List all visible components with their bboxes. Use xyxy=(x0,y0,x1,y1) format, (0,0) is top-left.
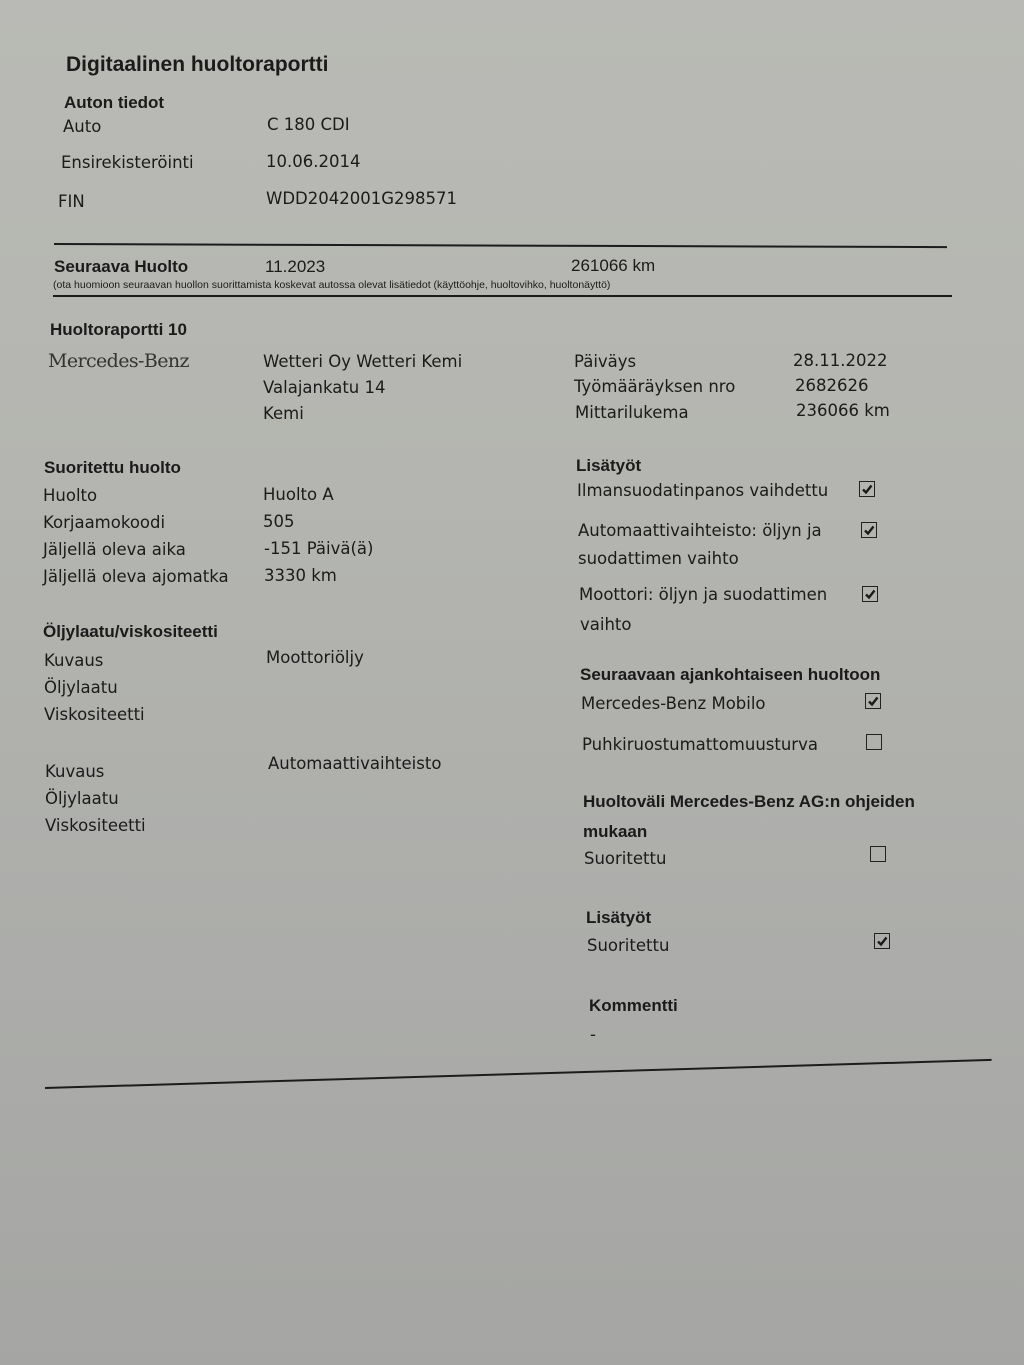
dealer-street: Valajankatu 14 xyxy=(263,378,386,397)
performed-heading: Suoritettu huolto xyxy=(44,458,181,478)
performed-value: Huolto A xyxy=(263,485,334,504)
vehicle-value: 10.06.2014 xyxy=(266,152,360,171)
interval-heading: Huoltoväli Mercedes-Benz AG:n ohjeiden xyxy=(583,792,915,812)
interval-heading-cont: mukaan xyxy=(583,822,647,842)
document-title: Digitaalinen huoltoraportti xyxy=(66,53,329,77)
extra-work-heading: Lisätyöt xyxy=(576,456,641,476)
checkmark-icon xyxy=(867,695,879,707)
extra-work-item: vaihto xyxy=(580,615,631,634)
performed-value: 3330 km xyxy=(264,566,337,585)
dealer-city: Kemi xyxy=(263,404,304,423)
oil-value: Automaattivaihteisto xyxy=(268,754,441,773)
next-current-item: Puhkiruostumattomuusturva xyxy=(582,735,818,754)
oil-label: Öljylaatu xyxy=(44,678,118,697)
checkbox-engine-oil[interactable] xyxy=(862,586,878,602)
performed-label: Korjaamokoodi xyxy=(43,513,165,532)
checkmark-icon xyxy=(863,524,875,536)
meta-label: Työmääräyksen nro xyxy=(574,377,735,396)
checkbox-extra-done[interactable] xyxy=(874,933,890,949)
checkmark-icon xyxy=(861,483,873,495)
divider xyxy=(54,243,947,248)
comment-value: - xyxy=(590,1025,596,1044)
checkbox-interval-done[interactable] xyxy=(870,846,886,862)
oil-label: Kuvaus xyxy=(44,651,103,670)
meta-value: 2682626 xyxy=(795,376,869,395)
vehicle-label: FIN xyxy=(58,192,85,211)
oil-label: Viskositeetti xyxy=(45,816,146,835)
divider xyxy=(45,1059,992,1089)
meta-value: 236066 km xyxy=(796,401,890,420)
vehicle-value: WDD2042001G298571 xyxy=(266,189,457,208)
performed-label: Jäljellä oleva ajomatka xyxy=(43,567,229,586)
checkbox-mobilo[interactable] xyxy=(865,693,881,709)
oil-label: Öljylaatu xyxy=(45,789,119,808)
divider xyxy=(53,295,952,297)
next-current-heading: Seuraavaan ajankohtaiseen huoltoon xyxy=(580,665,880,685)
vehicle-label: Ensirekisteröinti xyxy=(61,153,194,172)
oil-label: Viskositeetti xyxy=(44,705,145,724)
extra-work-item: Ilmansuodatinpanos vaihdettu xyxy=(577,481,828,500)
checkbox-air-filter[interactable] xyxy=(859,481,875,497)
comment-heading: Kommentti xyxy=(589,996,678,1016)
meta-label: Mittarilukema xyxy=(575,403,689,422)
extra-done-label: Suoritettu xyxy=(587,936,669,955)
brand-logo-text: Mercedes-Benz xyxy=(48,350,189,372)
extra-work-item: Moottori: öljyn ja suodattimen xyxy=(579,585,827,604)
vehicle-heading: Auton tiedot xyxy=(64,93,164,113)
meta-label: Päiväys xyxy=(574,352,636,371)
checkbox-transmission-oil[interactable] xyxy=(861,522,877,538)
performed-value: -151 Päivä(ä) xyxy=(264,539,373,558)
extra-work-item: Automaattivaihteisto: öljyn ja xyxy=(578,521,822,540)
next-service-label: Seuraava Huolto xyxy=(54,257,188,277)
vehicle-label: Auto xyxy=(63,117,101,136)
checkbox-rust-warranty[interactable] xyxy=(866,734,882,750)
checkmark-icon xyxy=(876,935,888,947)
performed-value: 505 xyxy=(263,512,295,531)
performed-label: Huolto xyxy=(43,486,97,505)
next-service-mileage: 261066 km xyxy=(571,256,655,276)
oil-label: Kuvaus xyxy=(45,762,104,781)
vehicle-value: C 180 CDI xyxy=(267,115,350,134)
oil-heading: Öljylaatu/viskositeetti xyxy=(43,622,218,642)
next-service-date: 11.2023 xyxy=(265,257,325,277)
meta-value: 28.11.2022 xyxy=(793,351,887,370)
performed-label: Jäljellä oleva aika xyxy=(43,540,186,559)
next-current-item: Mercedes-Benz Mobilo xyxy=(581,694,766,713)
extra-done-heading: Lisätyöt xyxy=(586,908,651,928)
checkmark-icon xyxy=(864,588,876,600)
oil-value: Moottoriöljy xyxy=(266,648,364,667)
dealer-name: Wetteri Oy Wetteri Kemi xyxy=(263,352,462,371)
extra-work-item: suodattimen vaihto xyxy=(578,549,739,568)
next-service-note: (ota huomioon seuraavan huollon suoritta… xyxy=(53,279,610,291)
interval-label: Suoritettu xyxy=(584,849,666,868)
report-heading: Huoltoraportti 10 xyxy=(50,320,187,340)
